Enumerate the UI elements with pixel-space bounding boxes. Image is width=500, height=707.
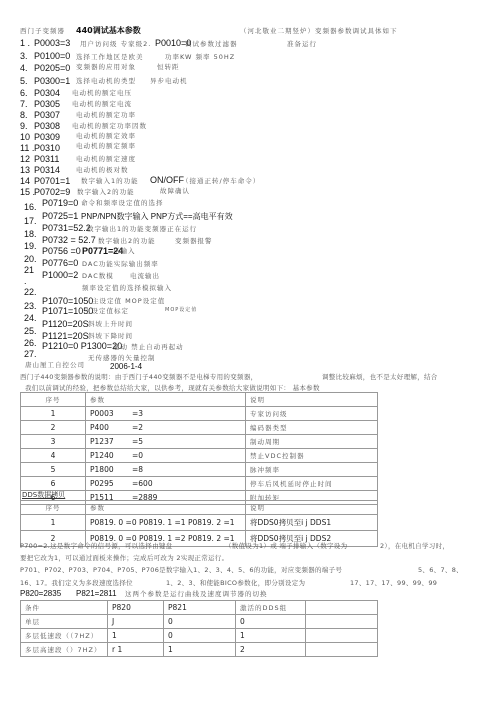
table-row: 1 P0819. 0 =0 P0819. 1 =1 P0819. 2 =1 将D… [21,515,378,531]
step-extra: MOP设定值 [165,305,197,315]
step-desc: 斜坡下降时间 [88,331,133,341]
table-header-row: 序号 参数 说明 [21,393,378,407]
step-extra: 故障确认 [160,186,190,196]
basic-params-table: 序号 参数 说明 1 P0003=3 专家访问级 2 P400=2 编码器类型 … [20,392,378,505]
step-desc: 用户访问级 专家级2. [80,39,151,49]
step-param: P0300=1 [34,76,70,86]
p701-text-d: 1、2、3、和使能BICO参数化，即分别设定为 [166,578,305,588]
step-param: P0756 =0 [42,246,81,256]
row-p820: J [108,615,164,629]
dds-copy-table: 序号 参数 说明 1 P0819. 0 =0 P0819. 1 =1 P0819… [20,500,378,547]
step-param: P0702=9 [34,187,70,197]
p701-text-b: 5、6、7、8、 [418,565,463,575]
step-desc: 起动 禁止自动再起动 [113,342,184,352]
p700-text-d: 要把它改为1，可以通过面板来操作；完成后可改为 2实现正常运行。 [20,553,228,563]
row-param: P0295=600 [86,477,246,491]
step-number: 20. [24,254,37,264]
step-param: P0305 [34,99,60,109]
p821-value: P821=2811 [76,589,117,599]
step-extra: 变频器报警 [175,236,213,246]
step-param: P0719=0 [42,198,78,208]
row-extra [306,615,378,629]
step-param: P1210=0 P1300=20 [42,341,122,351]
row-dds: 1 [236,629,306,643]
step-number: 3. [20,51,28,61]
header-desc: 说明 [246,501,378,515]
row-condition: 多层低速段（（7HZ） [21,629,108,643]
step-param: P0205=0 [34,63,70,73]
step-desc: 电动机的额定电压 [72,88,132,98]
row-p821: 0 [164,629,236,643]
step-param: P0308 [34,121,60,131]
row-desc: 编码器类型 [246,421,378,435]
step-extra: 异步电动机 [150,76,188,86]
step-desc: 电动机的额定速度 [76,154,136,164]
step-param: P0701=1 [34,176,70,186]
intro-line-1b: 调整比较麻烦，也不是太好理解，结合 [322,372,438,382]
table-row: 多层低速段（（7HZ） 1 0 1 [21,629,378,643]
step-number: 7. [20,99,28,109]
p700-text-b: （数值设为1）或 端子排输入（数字设为 [225,541,347,551]
row-desc: 脉冲频率 [246,463,378,477]
header-condition: 条件 [21,601,108,615]
row-param: P0819. 0 =0 P0819. 1 =1 P0819. 2 =1 [86,515,246,531]
step-desc: 选择电动机的类型 [76,76,136,86]
step-number: 15 . [20,187,35,197]
header-empty [306,601,378,615]
row-condition: 多层高速段（）7HZ） [21,643,108,657]
step-desc: 电动机的额定功率 [76,110,136,120]
step-number: 21 [24,265,34,275]
row-desc: 将DDS0拷贝至i j DDS1 [246,515,378,531]
header-no: 序号 [21,393,86,407]
step-desc: 主设定值 MOP设定值 [92,296,165,306]
step-param: P0725=1 [42,211,78,221]
table-row: 2 P400=2 编码器类型 [21,421,378,435]
step-param: P0731=52.2 [42,223,91,233]
step-number: 13 [20,165,30,175]
p820-desc: 这两个参数是运行曲线及速度调节器的切换 [125,589,268,599]
row-no: 4 [21,449,86,463]
step-param: P0732 = 52.7 [42,235,96,245]
step-param: P1121=20S [42,331,89,341]
header-desc: 说明 [246,393,378,407]
step-desc: 电动机的额定电流 [72,99,132,109]
dds-condition-table: 条件 P820 P821 激活的DDS组 单层 J 0 0 多层低速段（（7HZ… [20,600,378,657]
row-param: P0003=3 [86,407,246,421]
table-row: 6 P0295=600 停车后风机延时停止时间 [21,477,378,491]
step-param: P1120=20S [42,319,89,329]
row-no: 1 [21,515,86,531]
p700-text-c: 2），在电机自学习时， [380,541,449,551]
step-desc: 数字输出1的功能变频器正在运行 [87,224,197,234]
step-number: 24. [24,313,37,323]
step-extra: 恒转距 [157,62,180,72]
row-p821: 0 [164,615,236,629]
step-param: P0100=0 [34,51,70,61]
step-desc: 命令和频率设定值的选择 [81,198,164,208]
step-desc: 斜坡上升时间 [88,319,133,329]
step-desc: 电动机的额定功率因数 [72,121,147,131]
step-param: P0003=3 [34,38,70,48]
header-active-dds: 激活的DDS组 [236,601,306,615]
table-row: 4 P1240=0 禁止VDC控制器 [21,449,378,463]
table-header-row: 序号 参数 说明 [21,501,378,515]
table-row: 5 P1800=8 脉冲频率 [21,463,378,477]
row-desc: 禁止VDC控制器 [246,449,378,463]
step-desc: 主设定值标定 [84,306,129,316]
header-p820: P820 [108,601,164,615]
step-extra: 压输入 [113,246,136,256]
header-param: 参数 [86,501,246,515]
step-param: P0304 [34,88,60,98]
step-extra: 功率KW 频率 50HZ [165,52,235,62]
p820-value: P820=2835 [20,589,61,599]
step-desc: DAC数模 [82,271,114,281]
step-number: 26. [24,338,37,348]
company-name: 唐山厘工自控公司 [25,360,85,370]
table-row: 多层高速段（）7HZ） r 1 1 2 [21,643,378,657]
step-param: P0311 [34,154,59,164]
step-desc-2: 调试参数过滤器 [185,39,238,49]
row-p821: 1 [164,643,236,657]
step-number: . [24,276,27,286]
table-row: 单层 J 0 0 [21,615,378,629]
step-desc: PNP/NPN数字输入 PNP方式==高电平有效 [81,212,233,222]
p701-text-a: P701、P702、P703、P704、P705、P706是数字输入1、2、3、… [20,565,342,575]
step-param: P0314 [34,165,60,175]
step-number: 1 . [20,38,30,48]
dds-section-title: DDS数据拷贝 [22,490,65,500]
p701-text-c: 16、17。我们定义为多段速度选择位 [20,578,133,588]
step-param: P1070=1050 [42,296,93,306]
brand-label: 西门子变频器 [20,26,65,36]
step-extra: ON/OFF [150,175,184,185]
table-header-row: 条件 P820 P821 激活的DDS组 [21,601,378,615]
step-desc: 频率设定值的选择模拟输入 [82,283,172,293]
step-number: 25. [24,326,37,336]
row-no: 6 [21,477,86,491]
table-row: 1 P0003=3 专家访问级 [21,407,378,421]
step-number: 8. [20,110,28,120]
header-param: 参数 [86,393,246,407]
step-desc: 数字输入1的功能 [81,176,139,186]
row-no: 1 [21,407,86,421]
step-desc: 变频器的应用对象 [76,62,136,72]
row-param: P1800=8 [86,463,246,477]
doc-date: 2006-1-4 [110,362,142,372]
row-param: P1240=0 [86,449,246,463]
step-desc: 数字输入2的功能 [77,187,135,197]
step-desc: 电动机的极对数 [76,165,129,175]
step-number: 9. [20,121,28,131]
p700-text-a: P700=2.这是数字命令的信号源，可以选择由键盘 [20,541,172,551]
step-number: 10 [20,132,30,142]
step-number: 23. [24,301,37,311]
step-number: 27. [24,349,37,359]
step-number: 17. [24,216,37,226]
step-extra: 电流输出 [130,271,160,281]
ready-label: 准备运行 [287,39,317,49]
row-dds: 0 [236,615,306,629]
row-desc: 停车后风机延时停止时间 [246,477,378,491]
step-desc: DAC功能实际输出频率 [82,259,159,269]
row-desc: 专家访问级 [246,407,378,421]
step-number: 19. [24,241,37,251]
doc-subtitle: （河北敬业二期竖炉）变频器参数调试具体如下 [240,26,398,36]
header-p821: P821 [164,601,236,615]
step-number: 12 [20,154,30,164]
step-number: 14 [20,176,30,186]
row-param: P1237=5 [86,435,246,449]
step-desc: 选择工作地区是欧美 [76,52,144,62]
step-number: 18. [24,229,37,239]
row-p820: 1 [108,629,164,643]
row-param: P400=2 [86,421,246,435]
step-param: P1000=2 [42,270,78,280]
step-number: 5. [20,76,28,86]
row-p820: r 1 [108,643,164,657]
step-desc: 电动机的额定效率 [76,131,136,141]
row-extra [306,629,378,643]
p701-text-e: 17、17、17、99、99、99 [350,578,437,588]
step-desc: 数字输出2的功能 [98,236,156,246]
step-param: P0776=0 [42,258,78,268]
step-number: 4. [20,63,28,73]
step-desc: 电动机的额定频率 [76,141,136,151]
step-extra-2: （接通正转/停车命令） [182,176,260,186]
row-desc: 制动周期 [246,435,378,449]
step-number: 6. [20,88,28,98]
step-param: P0309 [34,132,60,142]
step-number: 16. [24,202,37,212]
row-no: 5 [21,463,86,477]
row-condition: 单层 [21,615,108,629]
doc-title: 440调试基本参数 [76,26,141,36]
row-extra [306,643,378,657]
header-no: 序号 [21,501,86,515]
step-number: 11 . [20,143,34,153]
step-param: P0310 [34,143,60,153]
row-dds: 2 [236,643,306,657]
table-row: 3 P1237=5 制动周期 [21,435,378,449]
row-no: 3 [21,435,86,449]
step-param: P0307 [34,110,60,120]
row-no: 2 [21,421,86,435]
step-number: 22. [24,287,37,297]
intro-line-1a: 西门子440变频器参数的说明：由于西门子440变频器不是电梯专用的变频器， [20,372,257,382]
